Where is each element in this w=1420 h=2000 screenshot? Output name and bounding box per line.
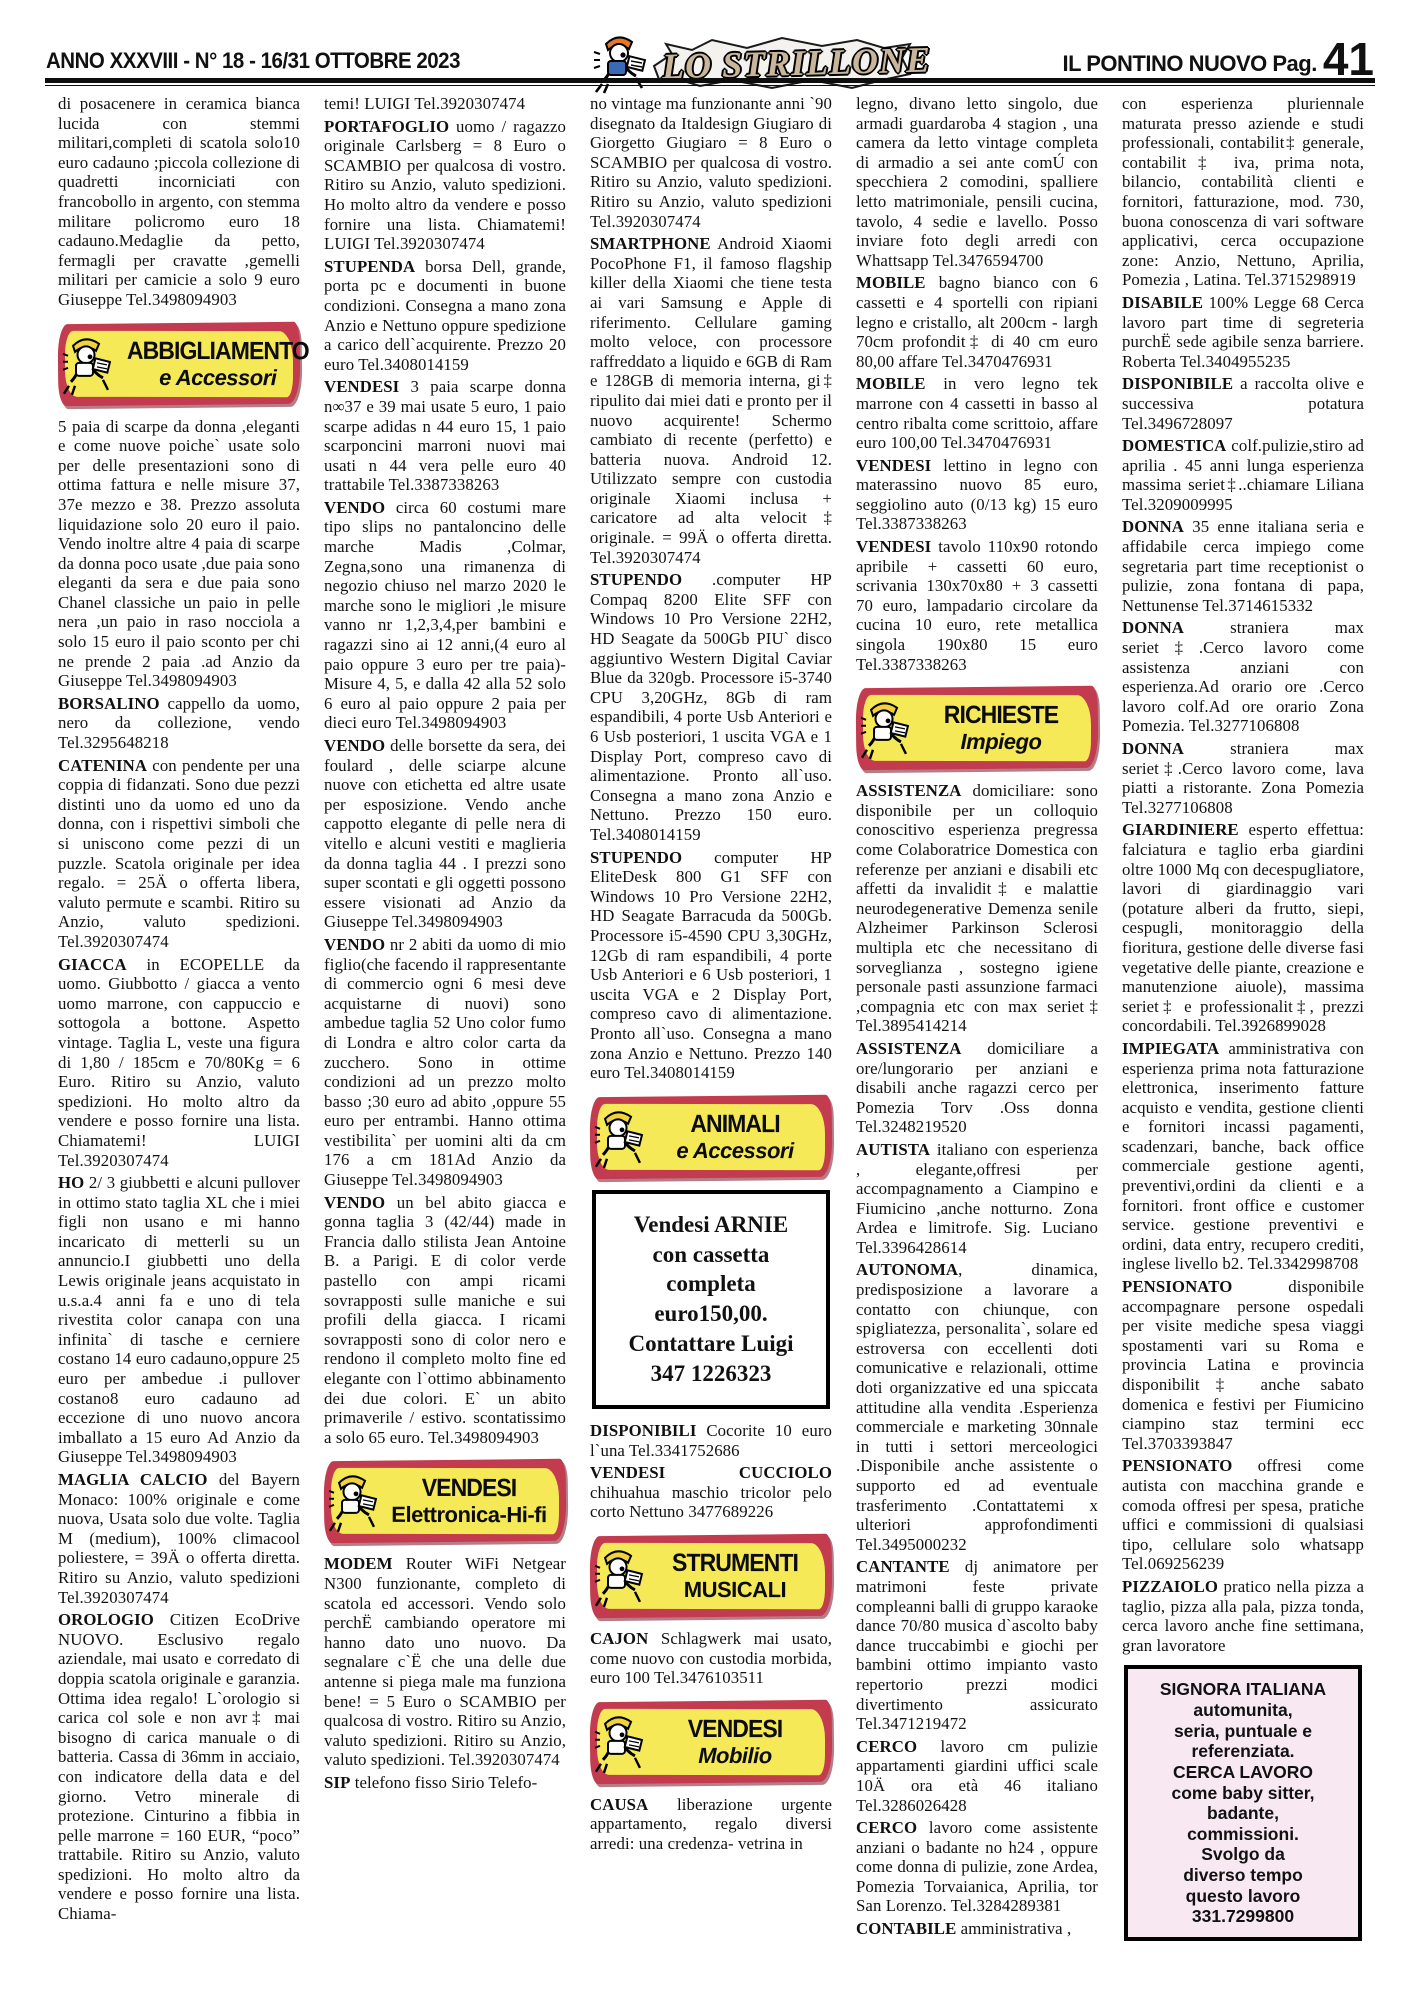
classified-ad: VENDO nr 2 abiti da uomo di mio figlio(c… [324, 935, 566, 1190]
ad-lead: DOMESTICA [1122, 436, 1226, 455]
boxed-ad-line: euro150,00. [602, 1299, 820, 1329]
classified-ad: PIZZAIOLO pratico nella pizza a taglio, … [1122, 1577, 1364, 1655]
classified-ad: VENDO delle borsette da sera, dei foular… [324, 736, 566, 932]
classified-ad: CERCO lavoro cm pulizie appartamenti gia… [856, 1737, 1098, 1815]
newsboy-mascot-icon [327, 1468, 385, 1534]
boxed-ad-line: automunita, [1130, 1700, 1356, 1721]
column-continuation-text: temi! LUIGI Tel.3920307474 [324, 94, 566, 114]
boxed-ad-line: Svolgo da [1130, 1844, 1356, 1865]
boxed-ad-line: 347 1226323 [602, 1359, 820, 1389]
section-banner-inner: RICHIESTEImpiego [863, 695, 1091, 761]
classified-ad: DISPONIBILE a raccolta olive e successiv… [1122, 374, 1364, 433]
classified-ad: MOBILE bagno bianco con 6 cassetti e 4 s… [856, 273, 1098, 371]
ad-lead: DISPONIBILI [590, 1421, 696, 1440]
ad-lead: MODEM [324, 1554, 393, 1573]
classified-ad: VENDO circa 60 costumi mare tipo slips n… [324, 498, 566, 733]
page-number: 41 [1323, 40, 1374, 79]
classified-ad: VENDESI 3 paia scarpe donna n∞37 e 39 ma… [324, 377, 566, 495]
ad-lead: MOBILE [856, 374, 926, 393]
classified-ad: PENSIONATO disponibile accompagnare pers… [1122, 1277, 1364, 1453]
boxed-ad-line: referenziata. [1130, 1741, 1356, 1762]
classified-ad: AUTISTA italiano con esperienza , elegan… [856, 1140, 1098, 1258]
boxed-ad-line: come baby sitter, [1130, 1783, 1356, 1804]
boxed-ad-line: badante, [1130, 1803, 1356, 1824]
ad-lead: PIZZAIOLO [1122, 1577, 1218, 1596]
boxed-ad-line: Contattare Luigi [602, 1329, 820, 1359]
section-banner-subtitle: MUSICALI [651, 1579, 819, 1601]
highlight-boxed-ad: SIGNORA ITALIANAautomunita,seria, puntua… [1124, 1665, 1362, 1941]
classified-ad: GIARDINIERE esperto effettua: falciatura… [1122, 820, 1364, 1036]
section-banner-title: VENDESI [392, 1476, 547, 1501]
ad-lead: STUPENDO [590, 570, 682, 589]
ad-lead: CAJON [590, 1629, 648, 1648]
section-banner-inner: ABBIGLIAMENTOe Accessori [65, 330, 293, 396]
boxed-ad: Vendesi ARNIEcon cassettacompletaeuro150… [592, 1190, 830, 1409]
masthead-paper-name: IL PONTINO NUOVO Pag. 41 [1062, 40, 1374, 79]
classified-ad: DONNA 35 enne italiana seria e affidabil… [1122, 517, 1364, 615]
masthead-logo: LO STRILLONE [598, 30, 918, 96]
newsboy-mascot-icon [593, 1709, 651, 1775]
classified-ad: HO 2/ 3 giubbetti e alcuni pullover in o… [58, 1173, 300, 1467]
section-banner-titles: STRUMENTIMUSICALI [651, 1551, 819, 1601]
section-banner: VENDESIMobilio [590, 1700, 833, 1785]
boxed-ad-line: questo lavoro [1130, 1886, 1356, 1907]
boxed-ad-line: diverso tempo [1130, 1865, 1356, 1886]
ad-lead: VENDO [324, 1193, 385, 1212]
section-banner-titles: ABBIGLIAMENTOe Accessori [119, 338, 317, 388]
ad-lead: HO [58, 1173, 84, 1192]
boxed-ad-line: con cassetta [602, 1240, 820, 1270]
classified-ad: VENDESI lettino in legno con materassino… [856, 456, 1098, 534]
ad-lead: DONNA [1122, 517, 1184, 536]
newsboy-mascot-icon [61, 330, 119, 396]
classifieds-columns: di posacenere in ceramica bianca lucida … [58, 94, 1364, 1953]
ad-lead: SMARTPHONE [590, 234, 711, 253]
classifieds-column: no vintage ma funzionante anni `90 diseg… [590, 94, 832, 1953]
classified-ad: CONTABILE amministrativa , [856, 1919, 1098, 1939]
section-banner-inner: STRUMENTIMUSICALI [597, 1543, 825, 1609]
newspaper-page: ANNO XXXVIII - N° 18 - 16/31 OTTOBRE 202… [0, 0, 1420, 2000]
section-banner: VENDESIElettronica-Hi-fi [324, 1459, 567, 1544]
ad-lead: MOBILE [856, 273, 926, 292]
ad-lead: DISPONIBILE [1122, 374, 1233, 393]
classified-ad: IMPIEGATA amministrativa con esperienza … [1122, 1039, 1364, 1274]
section-banner-titles: RICHIESTEImpiego [917, 703, 1085, 753]
newsboy-logo-icon [592, 30, 654, 96]
classified-ad: PENSIONATO offresi come autista con macc… [1122, 1456, 1364, 1574]
paper-name-text: IL PONTINO NUOVO Pag. [1062, 53, 1316, 79]
classified-ad: DONNA straniera max seriet‡.Cerco lavoro… [1122, 618, 1364, 736]
ad-lead: AUTISTA [856, 1140, 930, 1159]
classified-ad: AUTONOMA, dinamica, predisposizione a la… [856, 1260, 1098, 1554]
classified-ad: DISPONIBILI Cocorite 10 euro l`una Tel.3… [590, 1421, 832, 1460]
section-banner-subtitle: Impiego [917, 731, 1085, 753]
ad-lead: ASSISTENZA [856, 781, 961, 800]
ad-lead: VENDESI CUCCIOLO [590, 1463, 832, 1482]
newsboy-mascot-icon [593, 1103, 651, 1169]
classified-ad: BORSALINO cappello da uomo, nero da coll… [58, 694, 300, 753]
ad-lead: AUTONOMA [856, 1260, 958, 1279]
section-banner-inner: ANIMALIe Accessori [597, 1103, 825, 1169]
classified-ad: MODEM Router WiFi Netgear N300 funzionan… [324, 1554, 566, 1770]
classified-ad: VENDO un bel abito giacca e gonna taglia… [324, 1193, 566, 1448]
classified-ad: VENDESI tavolo 110x90 rotondo apribile +… [856, 537, 1098, 674]
ad-lead: CONTABILE [856, 1919, 956, 1938]
ad-lead: PORTAFOGLIO [324, 117, 449, 136]
boxed-ad-line: commissioni. [1130, 1824, 1356, 1845]
column-continuation-text: legno, divano letto singolo, due armadi … [856, 94, 1098, 270]
ad-lead: DISABILE [1122, 293, 1203, 312]
ad-lead: CAUSA [590, 1795, 648, 1814]
boxed-ad-line: seria, puntuale e [1130, 1721, 1356, 1742]
section-banner-title: RICHIESTE [924, 703, 1079, 728]
classified-ad: PORTAFOGLIO uomo / ragazzo originale Car… [324, 117, 566, 254]
classified-ad: MAGLIA CALCIO del Bayern Monaco: 100% or… [58, 1470, 300, 1607]
section-banner-inner: VENDESIMobilio [597, 1709, 825, 1775]
ad-lead: ASSISTENZA [856, 1039, 961, 1058]
ad-lead: STUPENDO [590, 848, 682, 867]
boxed-ad-line: SIGNORA ITALIANA [1130, 1679, 1356, 1700]
boxed-ad-line: completa [602, 1269, 820, 1299]
section-banner-titles: VENDESIElettronica-Hi-fi [385, 1476, 553, 1526]
classified-ad: SIP telefono fisso Sirio Telefo- [324, 1773, 566, 1793]
classified-ad: STUPENDO .computer HP Compaq 8200 Elite … [590, 570, 832, 844]
ad-lead: DONNA [1122, 739, 1184, 758]
ad-lead: VENDO [324, 498, 385, 517]
classified-ad: 5 paia di scarpe da donna ,eleganti e co… [58, 417, 300, 691]
classified-ad: MOBILE in vero legno tek marrone con 4 c… [856, 374, 1098, 452]
ad-lead: CANTANTE [856, 1557, 950, 1576]
masthead-issue-text: ANNO XXXVIII - N° 18 - 16/31 OTTOBRE 202… [46, 48, 460, 74]
ad-lead: VENDO [324, 935, 385, 954]
ad-lead: DONNA [1122, 618, 1184, 637]
section-banner-subtitle: Elettronica-Hi-fi [385, 1504, 553, 1526]
classifieds-column: temi! LUIGI Tel.3920307474PORTAFOGLIO uo… [324, 94, 566, 1953]
classified-ad: ASSISTENZA domiciliare: sono disponibile… [856, 781, 1098, 1036]
section-banner: RICHIESTEImpiego [856, 686, 1099, 771]
section-banner: ANIMALIe Accessori [590, 1094, 833, 1179]
ad-lead: SIP [324, 1773, 350, 1792]
classified-ad: CAJON Schlagwerk mai usato, come nuovo c… [590, 1629, 832, 1688]
ad-lead: IMPIEGATA [1122, 1039, 1219, 1058]
classified-ad: CANTANTE dj animatore per matrimoni fest… [856, 1557, 1098, 1733]
classified-ad: STUPENDO computer HP EliteDesk 800 G1 SF… [590, 848, 832, 1083]
ad-lead: VENDESI [324, 377, 399, 396]
ad-lead: STUPENDA [324, 257, 415, 276]
ad-lead: BORSALINO [58, 694, 160, 713]
classifieds-column: legno, divano letto singolo, due armadi … [856, 94, 1098, 1953]
section-banner-subtitle: e Accessori [651, 1140, 819, 1162]
section-banner-titles: ANIMALIe Accessori [651, 1112, 819, 1162]
column-continuation-text: con esperienza pluriennale maturata pres… [1122, 94, 1364, 290]
section-banner: STRUMENTIMUSICALI [590, 1534, 833, 1619]
section-banner-title: VENDESI [658, 1717, 813, 1742]
newsboy-mascot-icon [593, 1543, 651, 1609]
classified-ad: DOMESTICA colf.pulizie,stiro ad aprilia … [1122, 436, 1364, 514]
ad-lead: VENDESI [856, 537, 931, 556]
ad-lead: OROLOGIO [58, 1610, 154, 1629]
ad-lead: VENDO [324, 736, 385, 755]
classified-ad: GIACCA in ECOPELLE da uomo. Giubbotto / … [58, 955, 300, 1171]
section-banner-subtitle: Mobilio [651, 1745, 819, 1767]
ad-lead: PENSIONATO [1122, 1456, 1232, 1475]
section-banner-subtitle: e Accessori [119, 366, 317, 388]
classified-ad: VENDESI CUCCIOLO chihuahua maschio trico… [590, 1463, 832, 1522]
classified-ad: CAUSA liberazione urgente appartamento, … [590, 1795, 832, 1854]
section-banner-title: ABBIGLIAMENTO [127, 338, 309, 363]
classified-ad: OROLOGIO Citizen EcoDrive NUOVO. Esclusi… [58, 1610, 300, 1924]
masthead-rule [45, 78, 1375, 86]
section-banner-title: ANIMALI [658, 1112, 813, 1137]
section-banner-inner: VENDESIElettronica-Hi-fi [331, 1468, 559, 1534]
classified-ad: CERCO lavoro come assistente anziani o b… [856, 1818, 1098, 1916]
ad-lead: CERCO [856, 1818, 917, 1837]
column-continuation-text: di posacenere in ceramica bianca lucida … [58, 94, 300, 310]
column-continuation-text: no vintage ma funzionante anni `90 diseg… [590, 94, 832, 231]
section-banner-title: STRUMENTI [658, 1551, 813, 1576]
classified-ad: STUPENDA borsa Dell, grande, porta pc e … [324, 257, 566, 375]
classified-ad: ASSISTENZA domiciliare a ore/lungorario … [856, 1039, 1098, 1137]
section-banner-titles: VENDESIMobilio [651, 1717, 819, 1767]
ad-lead: CERCO [856, 1737, 917, 1756]
ad-lead: MAGLIA CALCIO [58, 1470, 208, 1489]
ad-lead: GIARDINIERE [1122, 820, 1239, 839]
classified-ad: DISABILE 100% Legge 68 Cerca lavoro part… [1122, 293, 1364, 371]
classified-ad: DONNA straniera max seriet‡.Cerco lavoro… [1122, 739, 1364, 817]
ad-lead: VENDESI [856, 456, 931, 475]
boxed-ad-line: 331.7299800 [1130, 1906, 1356, 1927]
classifieds-column: di posacenere in ceramica bianca lucida … [58, 94, 300, 1953]
boxed-ad-line: Vendesi ARNIE [602, 1210, 820, 1240]
ad-lead: CATENINA [58, 756, 147, 775]
ad-lead: PENSIONATO [1122, 1277, 1232, 1296]
classifieds-column: con esperienza pluriennale maturata pres… [1122, 94, 1364, 1953]
ad-lead: GIACCA [58, 955, 127, 974]
section-banner: ABBIGLIAMENTOe Accessori [58, 321, 301, 406]
classified-ad: SMARTPHONE Android Xiaomi PocoPhone F1, … [590, 234, 832, 567]
boxed-ad-line: CERCA LAVORO [1130, 1762, 1356, 1783]
newsboy-mascot-icon [859, 695, 917, 761]
classified-ad: CATENINA con pendente per una coppia di … [58, 756, 300, 952]
